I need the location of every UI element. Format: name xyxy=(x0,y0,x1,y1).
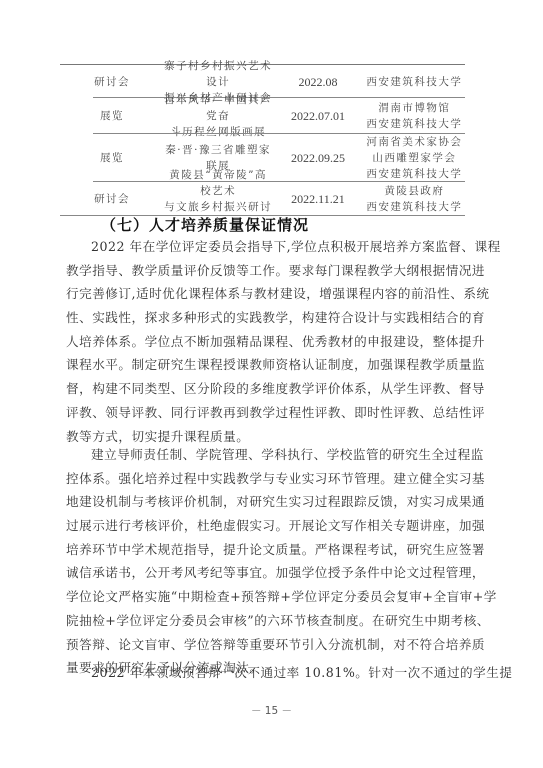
text-line: 培养环节中学术规范指导，提升论文质量。严格课程考试，研究生应签署 xyxy=(66,538,482,562)
text-line: 行完善修订,适时优化课程体系与教材建设，增强课程内容的前沿性、系统 xyxy=(66,282,482,306)
section-heading: （七）人才培养质量保证情况 xyxy=(101,214,309,235)
cell-type: 展览 xyxy=(60,150,164,166)
text-line: 评教、领导评教、同行评教再到教学过程性评教、即时性评教、总结性评 xyxy=(66,401,482,425)
paragraph-teaching-quality: 2022 年在学位评定委员会指导下,学位点积极开展培养方案监督、课程 教学指导、… xyxy=(66,235,482,448)
cell-org-line: 河南省美术家协会 xyxy=(364,134,465,150)
text-line: 性、实践性，探求多种形式的实践教学，构建符合设计与实践相结合的育 xyxy=(66,306,482,330)
cell-name-line: 百年风华—中国共产党奋 xyxy=(164,92,272,124)
cell-date: 2022.08 xyxy=(272,74,364,90)
cell-org-line: 山西雕塑家学会 xyxy=(364,150,465,166)
table-row: 展览 百年风华—中国共产党奋 斗历程丝网版画展 2022.07.01 渭南市博物… xyxy=(60,98,465,134)
text-line: 教学指导、教学质量评价反馈等工作。要求每门课程教学大纲根据情况进 xyxy=(66,259,482,283)
cell-org: 河南省美术家协会 山西雕塑家学会 西安建筑科技大学 xyxy=(364,134,465,182)
cell-org: 渭南市博物馆 西安建筑科技大学 xyxy=(364,100,465,132)
cell-name-line: 寨子村乡村振兴艺术设计 xyxy=(164,58,272,90)
page-number: － 15 － xyxy=(0,703,543,718)
cell-org-line: 渭南市博物馆 xyxy=(364,100,465,116)
text-line: 2022 年本领域预答辩一次不通过率 10.81%。针对一次不通过的学生提 xyxy=(66,661,482,685)
text-line: 院抽检+学位评定分委员会审核”的六环节核查制度。在研究生中期考核、 xyxy=(66,609,482,633)
text-line: 2022 年在学位评定委员会指导下,学位点积极开展培养方案监督、课程 xyxy=(66,235,482,259)
cell-type: 展览 xyxy=(60,108,164,124)
cell-date: 2022.11.21 xyxy=(272,191,364,207)
paragraph-supervision: 建立导师责任制、学院管理、学科执行、学校监管的研究生全过程监 控体系。强化培养过… xyxy=(66,443,482,680)
cell-name-line: 黄陵县“黄帝陵”高校艺术 xyxy=(164,167,272,199)
table-row: 研讨会 黄陵县“黄帝陵”高校艺术 与文旅乡村振兴研讨会 2022.11.21 黄… xyxy=(60,182,465,216)
text-line: 过展示进行考核评价，杜绝虚假实习。开展论文写作相关专题讲座，加强 xyxy=(66,514,482,538)
cell-date: 2022.07.01 xyxy=(272,108,364,124)
text-line: 课程水平。制定研究生课程授课教师资格认证制度，加强课程教学质量监 xyxy=(66,353,482,377)
text-line: 预答辩、论文盲审、学位答辩等重要环节引入分流机制，对不符合培养质 xyxy=(66,633,482,657)
text-line: 建立导师责任制、学院管理、学科执行、学校监管的研究生全过程监 xyxy=(66,443,482,467)
text-line: 诚信承诺书，公开考风考纪等事宜。加强学位授予条件中论文过程管理， xyxy=(66,561,482,585)
text-line: 督，构建不同类型、区分阶段的多维度教学评价体系，从学生评教、督导 xyxy=(66,377,482,401)
cell-org: 黄陵县政府 西安建筑科技大学 xyxy=(364,183,465,215)
cell-org: 西安建筑科技大学 xyxy=(364,74,465,90)
cell-type: 研讨会 xyxy=(60,191,164,207)
cell-type: 研讨会 xyxy=(60,74,164,90)
text-line: 学位论文严格实施“中期检查+预答辩+学位评定分委员会复审+全盲审+学 xyxy=(66,585,482,609)
cell-org-line: 西安建筑科技大学 xyxy=(364,116,465,132)
cell-org-line: 黄陵县政府 xyxy=(364,183,465,199)
document-page: 研讨会 寨子村乡村振兴艺术设计 振兴乡村产业研讨会 2022.08 西安建筑科技… xyxy=(0,0,543,768)
cell-org-line: 西安建筑科技大学 xyxy=(364,199,465,215)
cell-date: 2022.09.25 xyxy=(272,150,364,166)
text-line: 地建设机制与考核评价机制，对研究生实习过程跟踪反馈，对实习成果通 xyxy=(66,490,482,514)
paragraph-pre-defense-rate: 2022 年本领域预答辩一次不通过率 10.81%。针对一次不通过的学生提 xyxy=(66,661,482,685)
text-line: 人培养体系。学位点不断加强精品课程、优秀教材的申报建设，整体提升 xyxy=(66,330,482,354)
cell-org-line: 西安建筑科技大学 xyxy=(364,74,465,90)
text-line: 控体系。强化培养过程中实践教学与专业实习环节管理。建立健全实习基 xyxy=(66,467,482,491)
cell-org-line: 西安建筑科技大学 xyxy=(364,166,465,182)
